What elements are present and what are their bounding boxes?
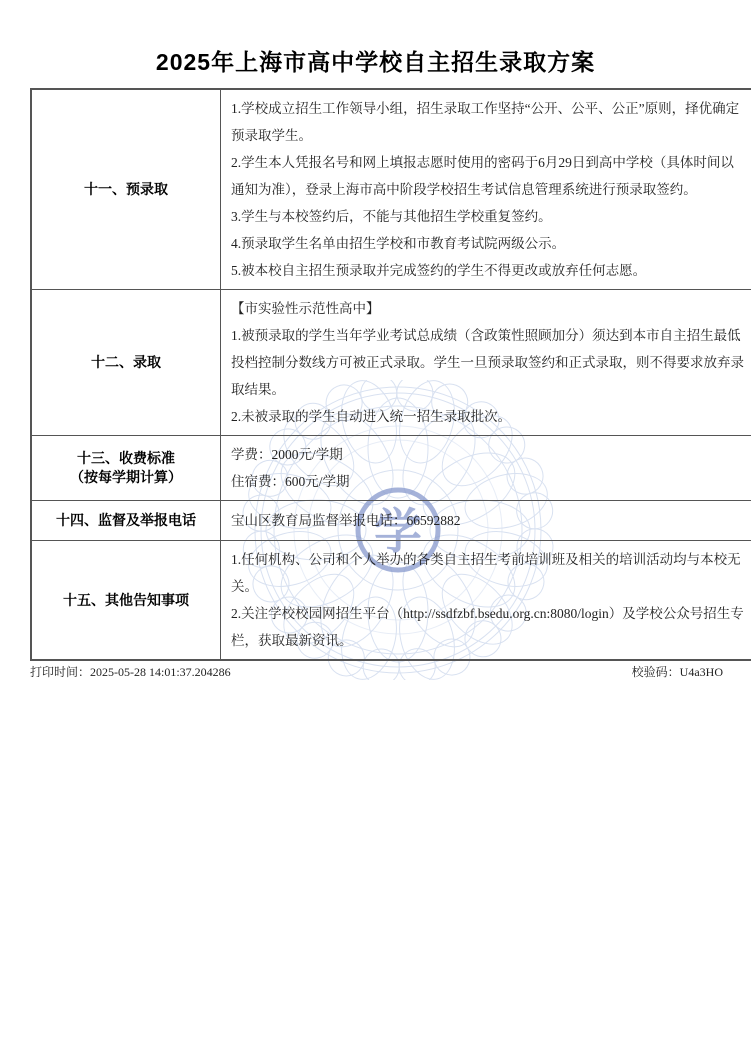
row-content-cell: 1.学校成立招生工作领导小组，招生录取工作坚持“公开、公平、公正”原则，择优确定… [221, 89, 751, 290]
content-paragraph: 宝山区教育局监督举报电话：66592882 [231, 507, 744, 534]
content-paragraph: 2.学生本人凭报名号和网上填报志愿时使用的密码于6月29日到高中学校（具体时间以… [231, 149, 744, 203]
content-paragraph: 学费：2000元/学期 [231, 441, 744, 468]
row-content-cell: 【市实验性示范性高中】 1.被预录取的学生当年学业考试总成绩（含政策性照顾加分）… [221, 290, 751, 436]
row-label: 十二、录取 [36, 353, 216, 372]
content-paragraph: 住宿费：600元/学期 [231, 468, 744, 495]
check-code-value: U4a3HO [680, 665, 723, 679]
content-paragraph: 3.学生与本校签约后，不能与其他招生学校重复签约。 [231, 203, 744, 230]
table-row-supervision-phone: 十四、监督及举报电话 宝山区教育局监督举报电话：66592882 [31, 501, 751, 541]
row-label: 十四、监督及举报电话 [36, 511, 216, 530]
table-row-pre-admission: 十一、预录取 1.学校成立招生工作领导小组，招生录取工作坚持“公开、公平、公正”… [31, 89, 751, 290]
admission-plan-table: 十一、预录取 1.学校成立招生工作领导小组，招生录取工作坚持“公开、公平、公正”… [30, 88, 751, 661]
row-label-cell: 十四、监督及举报电话 [31, 501, 221, 541]
row-label-cell: 十五、其他告知事项 [31, 541, 221, 661]
row-label: 十一、预录取 [36, 180, 216, 199]
row-label-cell: 十一、预录取 [31, 89, 221, 290]
print-time-value: 2025-05-28 14:01:37.204286 [90, 665, 231, 679]
page-title: 2025年上海市高中学校自主招生录取方案 [0, 44, 751, 77]
content-paragraph: 1.任何机构、公司和个人举办的各类自主招生考前培训班及相关的培训活动均与本校无关… [231, 546, 744, 600]
row-content-cell: 宝山区教育局监督举报电话：66592882 [221, 501, 751, 541]
document-page: 2025年上海市高中学校自主招生录取方案 [0, 0, 751, 1063]
table-row-admission: 十二、录取 【市实验性示范性高中】 1.被预录取的学生当年学业考试总成绩（含政策… [31, 290, 751, 436]
print-footer: 打印时间：2025-05-28 14:01:37.204286 校验码：U4a3… [30, 663, 723, 680]
row-label: 十五、其他告知事项 [36, 591, 216, 610]
print-time: 打印时间：2025-05-28 14:01:37.204286 [30, 663, 231, 680]
row-label: 十三、收费标准 [36, 449, 216, 468]
content-paragraph: 2.未被录取的学生自动进入统一招生录取批次。 [231, 403, 744, 430]
row-label-cell: 十二、录取 [31, 290, 221, 436]
content-paragraph: 4.预录取学生名单由招生学校和市教育考试院两级公示。 [231, 230, 744, 257]
content-paragraph: 1.被预录取的学生当年学业考试总成绩（含政策性照顾加分）须达到本市自主招生最低投… [231, 322, 744, 403]
content-paragraph: 1.学校成立招生工作领导小组，招生录取工作坚持“公开、公平、公正”原则，择优确定… [231, 95, 744, 149]
content-paragraph: 【市实验性示范性高中】 [231, 295, 744, 322]
row-label-line2: （按每学期计算） [36, 468, 216, 487]
content-paragraph: 2.关注学校校园网招生平台（http://ssdfzbf.bsedu.org.c… [231, 600, 744, 654]
row-content-cell: 学费：2000元/学期 住宿费：600元/学期 [221, 436, 751, 501]
row-content-cell: 1.任何机构、公司和个人举办的各类自主招生考前培训班及相关的培训活动均与本校无关… [221, 541, 751, 661]
table-row-other-notices: 十五、其他告知事项 1.任何机构、公司和个人举办的各类自主招生考前培训班及相关的… [31, 541, 751, 661]
check-code: 校验码：U4a3HO [632, 663, 723, 680]
check-code-label: 校验码： [632, 665, 680, 679]
print-time-label: 打印时间： [30, 665, 90, 679]
table-row-fees: 十三、收费标准 （按每学期计算） 学费：2000元/学期 住宿费：600元/学期 [31, 436, 751, 501]
content-paragraph: 5.被本校自主招生预录取并完成签约的学生不得更改或放弃任何志愿。 [231, 257, 744, 284]
row-label-cell: 十三、收费标准 （按每学期计算） [31, 436, 221, 501]
